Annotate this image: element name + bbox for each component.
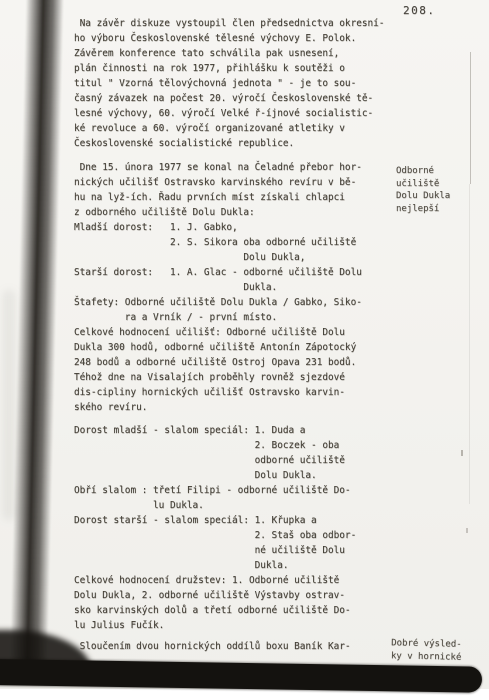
text-line: dis-cipliny hornických učilišť Ostravsko… (74, 385, 384, 400)
text-line: hu na lyž-ích. Řadu prvních míst získali… (74, 190, 384, 205)
text-line: 2. Boczek - oba (74, 438, 384, 453)
text-line: plán činnosti na rok 1977, přihlášku k s… (74, 61, 384, 76)
text-line: Na závěr diskuze vystoupil člen předsedn… (74, 16, 384, 31)
text-line: lu Julius Fučík. (74, 618, 384, 633)
document-text: Na závěr diskuze vystoupil člen předsedn… (74, 16, 384, 654)
text-line: ky v hornické (391, 650, 462, 664)
text-line: Československé socialistické republice. (74, 136, 384, 151)
text-line: lu Dukla. (74, 498, 384, 513)
paragraph: Na závěr diskuze vystoupil člen předsedn… (74, 16, 384, 151)
paragraph: Dne 15. února 1977 se konal na Čeladné p… (74, 160, 384, 415)
paper-crease-line-faint (469, 184, 470, 504)
text-line: Téhož dne na Visalajích proběhly rovněž … (74, 370, 384, 385)
text-line: sko karvinských dolů a třetí odborné uči… (74, 603, 384, 618)
text-line: Celkové hodnocení učilišť: Odborné učili… (74, 325, 384, 340)
text-line: Mladší dorost: 1. J. Gabko, (74, 220, 384, 235)
text-line: né učiliště Dolu (74, 543, 384, 558)
text-line: Sloučením dvou hornických oddílů boxu Ba… (74, 639, 384, 654)
text-line: Celkové hodnocení družstev: 1. Odborné u… (74, 573, 384, 588)
paper-crease-line (470, 52, 471, 184)
text-line: ského revíru. (74, 400, 384, 415)
text-line: učiliště (396, 178, 450, 191)
text-line: ho výboru Československé tělesné výchovy… (74, 31, 384, 46)
page-number: 208. (403, 4, 436, 17)
text-line: 248 bodů a odborné učiliště Ostroj Opava… (74, 355, 384, 370)
text-line: lesné výchovy, 60. výročí Velké ř-íjnové… (74, 106, 384, 121)
scanned-page-view: 208. Na závěr diskuze vystoupil člen pře… (0, 0, 489, 700)
text-line: časný závazek na počest 20. výročí Česko… (74, 91, 384, 106)
text-line: Štafety: Odborné učiliště Dolu Dukla / G… (74, 295, 384, 310)
text-line: 2. S. Sikora oba odborné učiliště (74, 235, 384, 250)
text-line: Obří slalom : třetí Filipi - odborné uči… (74, 483, 384, 498)
text-line: 2. Staš oba odbor- (74, 528, 384, 543)
text-line: odborné učiliště (74, 453, 384, 468)
text-line: Dukla. (74, 280, 384, 295)
text-line: nických učilišť Ostravsko karvinského re… (74, 175, 384, 190)
text-line: Dukla. (74, 558, 384, 573)
text-line: Dolu Dukla, 2. odborné učiliště Výstavby… (74, 588, 384, 603)
text-line: Dukla 300 hodů, odborné učiliště Antonín… (74, 340, 384, 355)
paragraph: Sloučením dvou hornických oddílů boxu Ba… (74, 639, 384, 654)
text-line: Dolu Dukla, (74, 250, 384, 265)
margin-annotation-top: OdbornéučilištěDolu Duklanejlepší (396, 165, 450, 215)
text-line: Dne 15. února 1977 se konal na Čeladné p… (74, 160, 384, 175)
scan-speck (461, 450, 463, 456)
text-line: nejlepší (396, 203, 450, 216)
paragraph: Dorost mladší - slalom speciál: 1. Duda … (74, 423, 384, 633)
scan-speck (466, 528, 468, 533)
margin-annotation-bottom: Dobré výsled-ky v hornické (391, 637, 462, 664)
text-line: titul " Vzorná tělovýchovná jednota " - … (74, 76, 384, 91)
text-line: Závěrem konference tato schválila pak us… (74, 46, 384, 61)
text-line: ra a Vrník / - první místo. (74, 310, 384, 325)
text-line: Starší dorost: 1. A. Glac - odborné učil… (74, 265, 384, 280)
text-line: z odborného učiliště Dolu Dukla: (74, 205, 384, 220)
text-line: Odborné (396, 165, 450, 178)
text-line: Dolu Dukla (396, 190, 450, 203)
text-line: Dorost starší - slalom speciál: 1. Křupk… (74, 513, 384, 528)
text-line: Dorost mladší - slalom speciál: 1. Duda … (74, 423, 384, 438)
text-line: Dobré výsled- (391, 637, 462, 651)
text-line: ké revoluce a 60. výročí organizované at… (74, 121, 384, 136)
text-line: Dolu Dukla. (74, 468, 384, 483)
